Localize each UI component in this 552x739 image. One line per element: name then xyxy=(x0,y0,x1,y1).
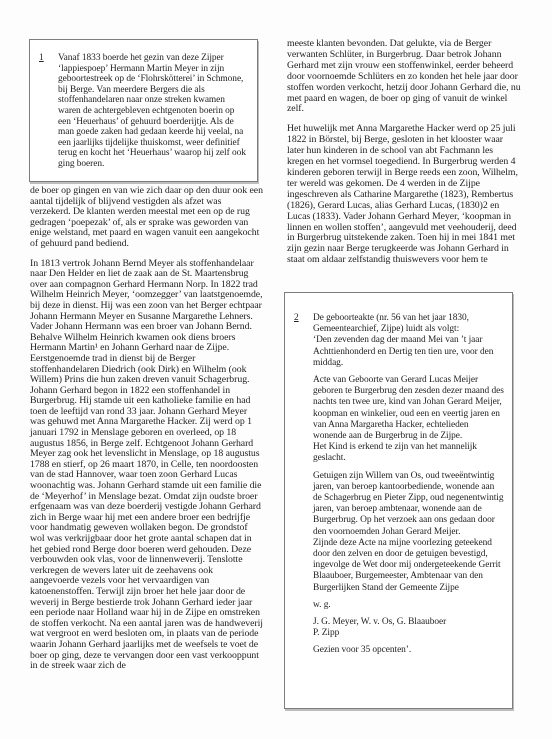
footnote-box-2: 2 De geboorteakte (nr. 56 van het jaar 1… xyxy=(284,292,513,709)
right-text-column: meeste klanten bevonden. Dat gelukte, vi… xyxy=(287,39,521,275)
right-paragraph-2: Het huwelijk met Anna Margarethe Hacker … xyxy=(287,124,521,266)
footnote-2-paragraph-3: Getuigen zijn Willem van Os, oud tweeënt… xyxy=(313,471,504,594)
footnote-2-paragraph-4: w. g. xyxy=(313,600,504,611)
footnote-2-paragraph-5: J. G. Meyer, W. v. Os, G. Blaauboer P. Z… xyxy=(313,617,504,639)
left-text-column: de boer op gingen en van wie zich daar o… xyxy=(30,186,263,681)
footnote-2-paragraph-2: Acte van Geboorte van Gerard Lucas Meije… xyxy=(313,375,504,465)
left-paragraph-1: de boer op gingen en van wie zich daar o… xyxy=(30,186,263,250)
footnote-2-paragraph-6: Gezien voor 35 opcenten’. xyxy=(313,645,504,656)
footnote-1-text: Vanaf 1833 boerde het gezin van deze Zij… xyxy=(58,53,248,170)
footnote-1-row: 1 Vanaf 1833 boerde het gezin van deze Z… xyxy=(39,53,248,170)
footnote-1-body: Vanaf 1833 boerde het gezin van deze Zij… xyxy=(58,53,248,170)
footnote-box-1: 1 Vanaf 1833 boerde het gezin van deze Z… xyxy=(29,39,258,182)
footnote-2-number: 2 xyxy=(294,313,313,663)
footnote-2-row: 2 De geboorteakte (nr. 56 van het jaar 1… xyxy=(294,313,504,663)
right-paragraph-1: meeste klanten bevonden. Dat gelukte, vi… xyxy=(287,39,521,115)
book-page: 1 Vanaf 1833 boerde het gezin van deze Z… xyxy=(0,0,552,739)
footnote-2-body: De geboorteakte (nr. 56 van het jaar 183… xyxy=(313,313,504,663)
left-paragraph-2: In 1813 vertrok Johann Bernd Meyer als s… xyxy=(30,259,263,672)
footnote-2-paragraph-1: De geboorteakte (nr. 56 van het jaar 183… xyxy=(313,313,504,369)
footnote-1-number: 1 xyxy=(39,53,58,170)
